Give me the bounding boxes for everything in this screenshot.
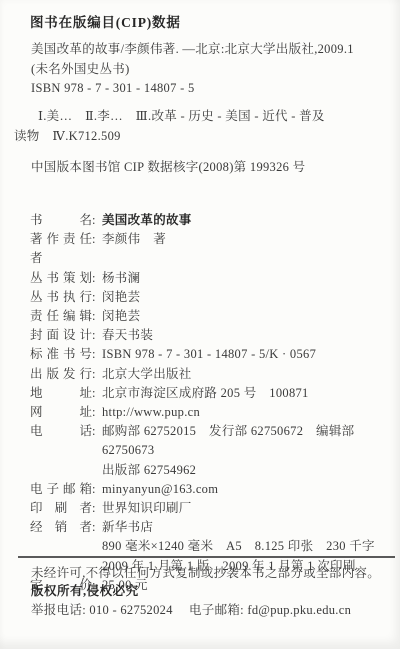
colophon-row: 电话 : 邮购部 62752015 发行部 62750672 编辑部 62750… (30, 422, 394, 480)
row-value: 新华书店 (102, 518, 153, 537)
copyright-rights-statement: 版权所有,侵权必究 (31, 582, 392, 601)
row-label: 标准书号 (30, 345, 92, 364)
row-value: 杨书澜 (102, 269, 140, 288)
row-label: 地址 (30, 384, 92, 403)
row-label: 责任编辑 (30, 307, 92, 326)
colophon-row: 著作责任者 : 李颜伟 著 (30, 230, 394, 268)
row-colon: : (92, 288, 100, 307)
colophon-row: 书名 : 美国改革的故事 (30, 211, 394, 230)
cip-header: 图书在版编目(CIP)数据 (30, 13, 181, 33)
row-label: 书名 (30, 211, 92, 230)
colophon-row: 丛书执行 : 闵艳芸 (30, 288, 394, 307)
row-value: 890 毫米×1240 毫米 A5 8.125 印张 230 千字 (102, 537, 375, 556)
row-label: 经销者 (30, 518, 92, 537)
cip-description: 美国改革的故事/李颜伟著. —北京:北京大学出版社,2009.1 (未名外国史丛… (31, 40, 386, 99)
row-label: 封面设计 (30, 326, 92, 345)
row-colon: : (92, 211, 100, 230)
colophon-row: 网址 : http://www.pup.cn (30, 403, 394, 422)
colophon-row: 地址 : 北京市海淀区成府路 205 号 100871 (30, 384, 394, 403)
cip-description-line: 美国改革的故事/李颜伟著. —北京:北京大学出版社,2009.1 (31, 40, 386, 60)
report-contact-line: 举报电话: 010 - 62752024 电子邮箱: fd@pup.pku.ed… (31, 601, 392, 620)
cip-classification-line-2: 读物 Ⅳ.K712.509 (14, 127, 390, 146)
cip-isbn-line: ISBN 978 - 7 - 301 - 14807 - 5 (31, 79, 386, 99)
row-colon: : (92, 307, 100, 326)
row-value: 美国改革的故事 (102, 211, 192, 230)
colophon-row: 印刷者 : 世界知识印刷厂 (30, 499, 394, 518)
row-label: 网址 (30, 403, 92, 422)
row-colon: : (92, 480, 100, 499)
row-value: 李颜伟 著 (102, 230, 166, 249)
colophon-row: 电子邮箱 : minyanyun@163.com (30, 480, 394, 499)
row-colon: : (92, 384, 100, 403)
copy-prohibition-notice: 未经许可,不得以任何方式复制或抄袭本书之部分或全部内容。 (31, 564, 392, 583)
colophon-row: 出版发行 : 北京大学出版社 (30, 365, 394, 384)
row-colon: : (92, 269, 100, 288)
row-value: 北京大学出版社 (102, 365, 192, 384)
cip-description-line: (未名外国史丛书) (31, 60, 386, 80)
row-value: 闵艳芸 (102, 307, 140, 326)
row-colon: : (92, 326, 100, 345)
book-copyright-page: 图书在版编目(CIP)数据 美国改革的故事/李颜伟著. —北京:北京大学出版社,… (0, 0, 400, 649)
row-value: ISBN 978 - 7 - 301 - 14807 - 5/K · 0567 (102, 345, 316, 364)
row-colon: : (92, 422, 100, 441)
colophon-row: 封面设计 : 春天书装 (30, 326, 394, 345)
row-label: 电话 (30, 422, 92, 441)
row-label: 电子邮箱 (30, 480, 92, 499)
colophon-row: 经销者 : 新华书店 (30, 518, 394, 537)
row-label: 丛书策划 (30, 269, 92, 288)
colophon-row: 890 毫米×1240 毫米 A5 8.125 印张 230 千字 (30, 537, 394, 556)
row-value: http://www.pup.cn (102, 403, 200, 422)
row-value: 邮购部 62752015 发行部 62750672 编辑部 62750673出版… (102, 422, 394, 480)
colophon-row: 标准书号 : ISBN 978 - 7 - 301 - 14807 - 5/K … (30, 345, 394, 364)
footer-divider (18, 556, 395, 558)
row-colon: : (92, 365, 100, 384)
row-label: 丛书执行 (30, 288, 92, 307)
row-value: 北京市海淀区成府路 205 号 100871 (102, 384, 309, 403)
row-colon: : (92, 499, 100, 518)
colophon-rows: 书名 : 美国改革的故事 著作责任者 : 李颜伟 著 丛书策划 : 杨书澜 丛书… (30, 211, 394, 595)
colophon-row: 丛书策划 : 杨书澜 (30, 269, 394, 288)
cip-record-number: 中国版本图书馆 CIP 数据核字(2008)第 199326 号 (31, 158, 390, 177)
row-value: 春天书装 (102, 326, 153, 345)
cip-classification-line-1: Ⅰ.美… Ⅱ.李… Ⅲ.改革 - 历史 - 美国 - 近代 - 普及 (38, 107, 394, 126)
row-colon: : (92, 518, 100, 537)
row-value: minyanyun@163.com (102, 480, 218, 499)
row-colon: : (92, 345, 100, 364)
row-colon: : (92, 230, 100, 249)
row-value: 闵艳芸 (102, 288, 140, 307)
colophon-row: 责任编辑 : 闵艳芸 (30, 307, 394, 326)
row-label: 出版发行 (30, 365, 92, 384)
row-label: 印刷者 (30, 499, 92, 518)
row-label: 著作责任者 (30, 230, 92, 268)
row-value: 世界知识印刷厂 (102, 499, 192, 518)
row-colon: : (92, 403, 100, 422)
